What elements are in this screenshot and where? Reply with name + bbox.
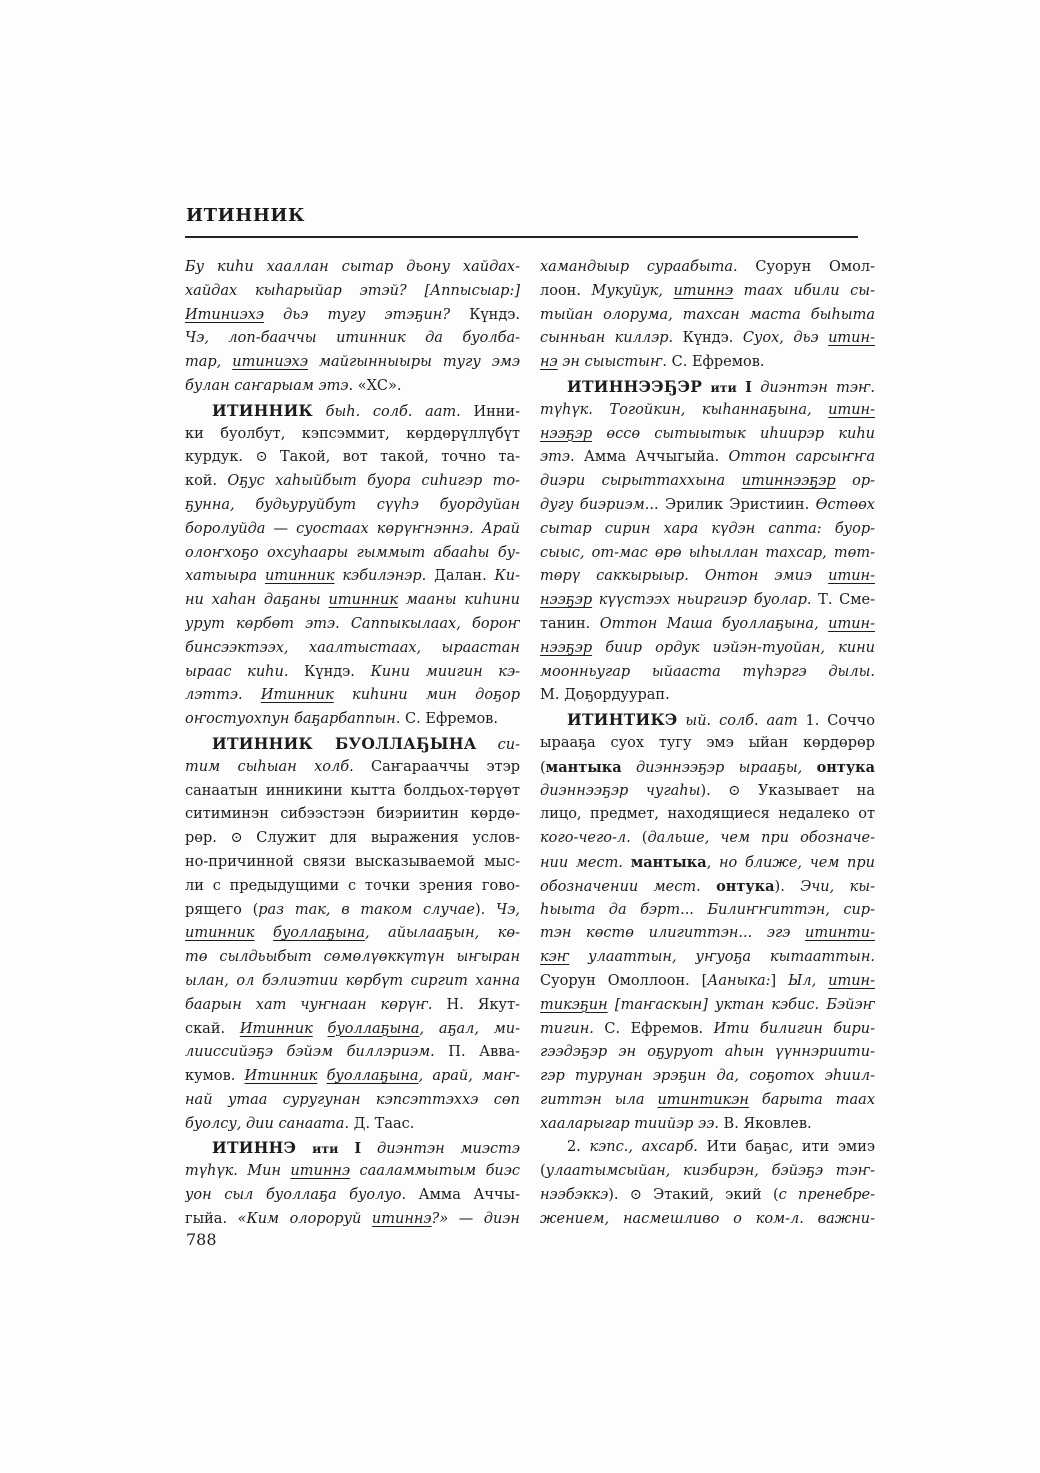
text-line: ИТИНТИКЭ ый. солб. аат 1. Соччо: [540, 708, 875, 732]
text-line: дугу биэриэм... Эрилик Эристиин. Өстөөх: [540, 494, 875, 518]
text-line: баарын хат чуҥнаан көрүҥ. Н. Якут-: [185, 994, 520, 1018]
text-line: сытар сирин хара күдэн сапта: буор-: [540, 518, 875, 542]
text-line: тар, итиниэхэ майгынныыры тугу эмэ: [185, 351, 520, 375]
text-line: танин. Оттон Маша буоллаҕына, итин-: [540, 613, 875, 637]
text-line: скай. Итинник буоллаҕына, аҕал, ми-: [185, 1018, 520, 1042]
text-line: санаатын инникини кытта болдьох-төрүөт: [185, 780, 520, 804]
text-line: этэ. Амма Аччыгыйа. Оттон сарсыҥҥа: [540, 446, 875, 470]
dictionary-paragraph: ИТИННЭ ити I диэнтэн миэстэтүһүк. Мин ит…: [185, 1136, 520, 1231]
text-line: жением, насмешливо о ком-л. важни-: [540, 1208, 875, 1232]
text-line: Суорун Омоллоон. [Ааныка:] Ыл, итин-: [540, 970, 875, 994]
text-line: сынньан киллэр. Күндэ. Суох, дьэ итин-: [540, 327, 875, 351]
text-line: ҕунна, будьуруйбут сүүһэ буордуйан: [185, 494, 520, 518]
text-line: ИТИННИК БУОЛЛАҔЫНА си-: [185, 732, 520, 756]
dictionary-paragraph: ИТИНТИКЭ ый. солб. аат 1. Соччоырааҕа су…: [540, 708, 875, 1136]
text-line: хайдах кыһарыйар этэй? [Аппысыар:]: [185, 280, 520, 304]
dictionary-paragraph: ИТИННИК быһ. солб. аат. Инни-ки буолбут,…: [185, 399, 520, 732]
text-line: кого-чего-л. (дальше, чем при обозначе-: [540, 827, 875, 851]
text-line: ИТИННИК быһ. солб. аат. Инни-: [185, 399, 520, 423]
text-line: тэн көстө илигиттэн... эгэ итинти-: [540, 922, 875, 946]
text-line: нээҕэр күүстээх ньиргиэр буолар. Т. Сме-: [540, 589, 875, 613]
text-line: обозначении мест. онтука). Эчи, кы-: [540, 875, 875, 899]
text-line: нии мест. мантыка, но ближе, чем при: [540, 851, 875, 875]
dictionary-paragraph: 2. кэпс., ахсарб. Ити баҕас, ити эмиэ(ул…: [540, 1136, 875, 1231]
text-line: түһүк. Тогойкин, кыһаннаҕына, итин-: [540, 399, 875, 423]
text-line: бинсээктээх, хаалтыстаах, ыраастан: [185, 637, 520, 661]
dictionary-paragraph: ИТИННЭЭҔЭР ити I диэнтэн тэҥ.түһүк. Того…: [540, 375, 875, 708]
text-line: кэҥ улааттын, уҥуоҕа кытааттын.: [540, 946, 875, 970]
text-line: сыыс, от-мас өрө ыһыллан тахсар, төт-: [540, 542, 875, 566]
text-line: урут көрбөт этэ. Саппыкылаах, бороҥ: [185, 613, 520, 637]
text-line: Бу киһи хааллан сытар дьону хайдах-: [185, 256, 520, 280]
page-number: 788: [186, 1230, 217, 1249]
text-line: лэттэ. Итинник киһини мин доҕор: [185, 684, 520, 708]
dictionary-paragraph: хамандыыр сураабыта. Суорун Омол-лоон. М…: [540, 256, 875, 375]
text-line: лицо, предмет, находящиеся недалеко от: [540, 803, 875, 827]
text-line: курдук. ⊙ Такой, вот такой, точно та-: [185, 446, 520, 470]
text-line: гыйа. «Ким олороруй итиннэ?» — диэн: [185, 1208, 520, 1232]
text-line: моонньугар ыйааста түһэргэ дылы.: [540, 661, 875, 685]
text-line: тим сыһыан холб. Саҥарааччы этэр: [185, 756, 520, 780]
text-line: гэр турунан эрэҕин да, соҕотох эһиил-: [540, 1065, 875, 1089]
text-line: (улаатымсыйан, киэбирэн, бэйэҕэ тэҥ-: [540, 1160, 875, 1184]
dictionary-page: ИТИННИК Бу киһи хааллан сытар дьону хайд…: [0, 0, 1040, 1473]
text-line: кой. Оҕус хаһыйбыт буора сиһигэр то-: [185, 470, 520, 494]
text-line: һыыта да бэрт... Билиҥҥиттэн, сир-: [540, 899, 875, 923]
text-line: хааларыгар тиийэр ээ. В. Яковлев.: [540, 1113, 875, 1137]
text-line: лииссийэҕэ бэйэм биллэриэм. П. Авва-: [185, 1041, 520, 1065]
text-line: итинник буоллаҕына, айылааҕын, кө-: [185, 922, 520, 946]
dictionary-paragraph: ИТИННИК БУОЛЛАҔЫНА си-тим сыһыан холб. С…: [185, 732, 520, 1137]
text-line: оҥостуохпун баҕарбаппын. С. Ефремов.: [185, 708, 520, 732]
text-line: 2. кэпс., ахсарб. Ити баҕас, ити эмиэ: [540, 1136, 875, 1160]
text-line: ИТИННЭ ити I диэнтэн миэстэ: [185, 1136, 520, 1160]
text-line: тө сылдьыбыт сөмөлүөккүтүн ыҥыран: [185, 946, 520, 970]
text-line: тигин. С. Ефремов. Ити билигин бири-: [540, 1018, 875, 1042]
dictionary-paragraph: Бу киһи хааллан сытар дьону хайдах-хайда…: [185, 256, 520, 399]
text-line: рөр. ⊙ Служит для выражения услов-: [185, 827, 520, 851]
text-line: уон сыл буоллаҕа буолуо. Амма Аччы-: [185, 1184, 520, 1208]
text-line: Чэ, лоп-бааччы итинник да буолба-: [185, 327, 520, 351]
text-line: гээдэҕэр эн оҕуруот аһын үүннэриити-: [540, 1041, 875, 1065]
text-line: (мантыка диэннээҕэр ырааҕы, онтука: [540, 756, 875, 780]
text-line: диэри сырыттаххына итиннээҕэр ор-: [540, 470, 875, 494]
right-column: хамандыыр сураабыта. Суорун Омол-лоон. М…: [540, 256, 875, 1232]
text-line: рящего (раз так, в таком случае). Чэ,: [185, 899, 520, 923]
text-line: ыраас киһи. Күндэ. Кини миигин кэ-: [185, 661, 520, 685]
text-columns: Бу киһи хааллан сытар дьону хайдах-хайда…: [185, 256, 875, 1232]
text-line: тыйан олорума, тахсан маста быһыта: [540, 304, 875, 328]
text-line: булан саҥарыам этэ. «ХС».: [185, 375, 520, 399]
text-line: хатыыра итинник кэбилэнэр. Далан. Ки-: [185, 565, 520, 589]
text-line: хамандыыр сураабыта. Суорун Омол-: [540, 256, 875, 280]
text-line: диэннээҕэр чугаһы). ⊙ Указывает на: [540, 780, 875, 804]
text-line: но-причинной связи высказываемой мыс-: [185, 851, 520, 875]
running-head: ИТИННИК: [186, 205, 305, 226]
text-line: нээҕэр өссө сытыытык иһиирэр киһи: [540, 423, 875, 447]
text-line: кумов. Итинник буоллаҕына, арай, маҥ-: [185, 1065, 520, 1089]
text-line: нээҕэр биир ордук иэйэн-туойан, кини: [540, 637, 875, 661]
text-line: тикэҕин [таҥаскын] уктан кэбис. Бэйэҥ: [540, 994, 875, 1018]
text-line: ситиминэн сибээстээн биэриитин көрдө-: [185, 803, 520, 827]
header-rule: [185, 236, 858, 238]
text-line: нээбэккэ). ⊙ Этакий, экий (с пренебре-: [540, 1184, 875, 1208]
text-line: боролуйда — суостаах көрүҥнэннэ. Арай: [185, 518, 520, 542]
text-line: Итиниэхэ дьэ тугу этэҕин? Күндэ.: [185, 304, 520, 328]
text-line: М. Доҕордуурап.: [540, 684, 875, 708]
text-line: төрү саккырыыр. Онтон эмиэ итин-: [540, 565, 875, 589]
text-line: ли с предыдущими с точки зрения гово-: [185, 875, 520, 899]
text-line: ки буолбут, кэпсэммит, көрдөрүллүбүт: [185, 423, 520, 447]
text-line: ылан, ол бэлиэтии көрбүт сиргит ханна: [185, 970, 520, 994]
text-line: ИТИННЭЭҔЭР ити I диэнтэн тэҥ.: [540, 375, 875, 399]
text-line: най утаа суругунан кэпсэттэххэ сөп: [185, 1089, 520, 1113]
text-line: лоон. Мукуйук, итиннэ таах ибили сы-: [540, 280, 875, 304]
text-line: буолсу, дии санаата. Д. Таас.: [185, 1113, 520, 1137]
text-line: түһүк. Мин итиннэ сааламмытым биэс: [185, 1160, 520, 1184]
text-line: ни хаһан даҕаны итинник мааны киһини: [185, 589, 520, 613]
text-line: нэ эн сыыстыҥ. С. Ефремов.: [540, 351, 875, 375]
text-line: ырааҕа суох тугу эмэ ыйан көрдөрөр: [540, 732, 875, 756]
text-line: олоҥхоҕо охсуһаары гыммыт абааһы бу-: [185, 542, 520, 566]
left-column: Бу киһи хааллан сытар дьону хайдах-хайда…: [185, 256, 520, 1232]
text-line: гиттэн ыла итинтикэн барыта таах: [540, 1089, 875, 1113]
